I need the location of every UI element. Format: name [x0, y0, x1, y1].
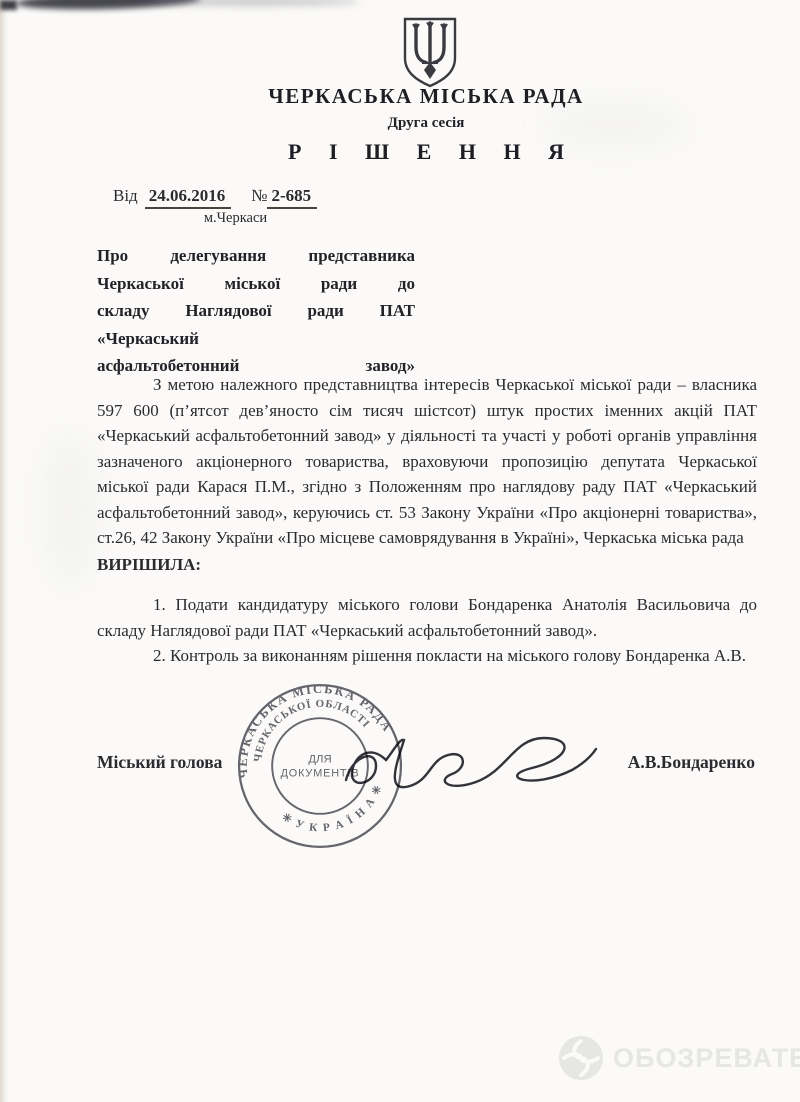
decision-item-2: 2. Контроль за виконанням рішення поклас… — [97, 643, 757, 669]
decision-title: Р І Ш Е Н Н Я — [97, 139, 755, 165]
scanned-document-page: ЧЕРКАСЬКА МІСЬКА РАДА Друга сесія Р І Ш … — [0, 0, 800, 1102]
subject-line: Черкаської міської ради до — [97, 270, 415, 298]
resolved-heading: ВИРІШИЛА: — [97, 552, 757, 578]
city-line: м.Черкаси — [118, 210, 353, 227]
document-body: З метою належного представництва інтерес… — [97, 372, 757, 669]
scan-edge-left — [0, 0, 9, 1102]
subject-block: Про делегування представника Черкаської … — [97, 242, 415, 380]
subject-line: «Черкаський — [97, 325, 415, 353]
number-value: 2-685 — [267, 186, 317, 209]
date-line: Від 24.06.2016 № 2-685 — [113, 186, 317, 209]
scan-blotch — [40, 430, 100, 590]
signer-name: А.В.Бондаренко — [455, 752, 755, 773]
council-name: ЧЕРКАСЬКА МІСЬКА РАДА — [97, 84, 755, 109]
decision-item-1: 1. Подати кандидатуру міського голови Бо… — [97, 592, 757, 643]
preamble-paragraph: З метою належного представництва інтерес… — [97, 372, 757, 551]
subject-line: складу Наглядової ради ПАТ — [97, 297, 415, 325]
ukraine-trident-emblem-icon — [402, 16, 458, 88]
stamp-center-line1: ДЛЯ — [308, 754, 331, 766]
watermark: ОБОЗРЕВАТЕЛЬ — [558, 1035, 800, 1081]
obozrevatel-logo-icon — [558, 1035, 604, 1081]
scan-smudge-corner — [0, 0, 17, 10]
date-value: 24.06.2016 — [145, 186, 232, 209]
scan-smudge-top-light — [150, 0, 360, 6]
watermark-text: ОБОЗРЕВАТЕЛЬ — [613, 1043, 800, 1074]
number-label: № — [251, 186, 267, 206]
date-label: Від — [113, 186, 138, 206]
position-title: Міський голова — [97, 752, 222, 773]
subject-line: Про делегування представника — [97, 242, 415, 270]
session-line: Друга сесія — [97, 115, 755, 132]
